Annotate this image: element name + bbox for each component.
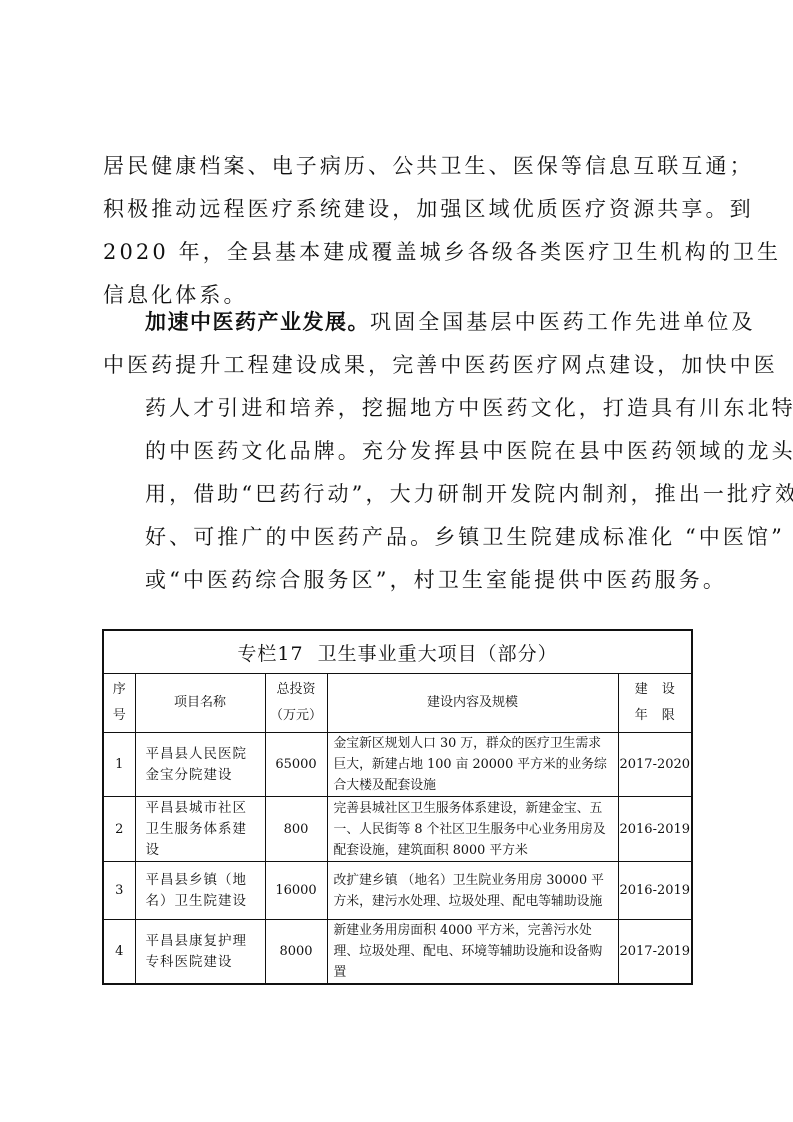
major-projects-table: 专栏17卫生事业重大项目（部分） 序 号 项目名称 总投资 （万元） 建设内容及…: [102, 629, 693, 985]
row-period: 2017-2019: [618, 920, 692, 985]
row-period: 2016-2019: [618, 862, 692, 920]
table-header-row: 序 号 项目名称 总投资 （万元） 建设内容及规模 建设 年限: [103, 674, 692, 733]
paragraph-heading: 加速中医药产业发展。: [145, 310, 370, 334]
row-investment: 16000: [265, 862, 327, 920]
row-index: 4: [103, 920, 135, 985]
row-project-name: 平昌县人民医院金宝分院建设: [135, 733, 265, 797]
text-line: 或“中医药综合服务区”，村卫生室能提供中医药服务。: [103, 559, 693, 602]
row-index: 2: [103, 797, 135, 862]
row-project-name: 平昌县乡镇（地名）卫生院建设: [135, 862, 265, 920]
header-period-line1: 建设: [633, 677, 692, 703]
row-content: 改扩建乡镇 （地名）卫生院业务用房 30000 平方米，建污水处理、垃圾处理、配…: [327, 862, 618, 920]
row-content: 新建业务用房面积 4000 平方米，完善污水处理、垃圾处理、配电、环境等辅助设施…: [327, 920, 618, 985]
table-row: 2 平昌县城市社区卫生服务体系建设 800 完善县城社区卫生服务体系建设，新建金…: [103, 797, 692, 862]
text-line-first: 加速中医药产业发展。巩固全国基层中医药工作先进单位及: [103, 301, 693, 344]
text-line: 积极推动远程医疗系统建设，加强区域优质医疗资源共享。到: [103, 188, 693, 231]
table-title-prefix: 专栏: [237, 643, 277, 665]
paragraph-health-informatization: 居民健康档案、电子病历、公共卫生、医保等信息互联互通； 积极推动远程医疗系统建设…: [103, 145, 693, 317]
text-line: 2020 年，全县基本建成覆盖城乡各级各类医疗卫生机构的卫生: [103, 231, 693, 274]
row-period: 2017-2020: [618, 733, 692, 797]
header-index-line1: 序: [104, 677, 135, 703]
row-investment: 8000: [265, 920, 327, 985]
text-line: 居民健康档案、电子病历、公共卫生、医保等信息互联互通；: [103, 145, 693, 188]
text-line: 好、可推广的中医药产品。乡镇卫生院建成标准化 “中医馆”: [103, 516, 693, 559]
text-segment: 巩固全国基层中医药工作先进单位及: [370, 310, 756, 334]
table-title-text: 卫生事业重大项目（部分）: [318, 643, 558, 665]
table-title-number: 17: [277, 643, 303, 665]
row-project-name: 平昌县康复护理专科医院建设: [135, 920, 265, 985]
header-period: 建设 年限: [618, 674, 692, 733]
header-content: 建设内容及规模: [327, 674, 618, 733]
row-project-name: 平昌县城市社区卫生服务体系建设: [135, 797, 265, 862]
table-title: 专栏17卫生事业重大项目（部分）: [103, 630, 692, 674]
header-investment: 总投资 （万元）: [265, 674, 327, 733]
row-investment: 800: [265, 797, 327, 862]
text-line: 用，借助“巴药行动”，大力研制开发院内制剂，推出一批疗效: [103, 473, 693, 516]
row-content: 完善县城社区卫生服务体系建设，新建金宝、五一、人民街等 8 个社区卫生服务中心业…: [327, 797, 618, 862]
row-index: 3: [103, 862, 135, 920]
row-index: 1: [103, 733, 135, 797]
row-investment: 65000: [265, 733, 327, 797]
header-investment-line2: （万元）: [266, 703, 327, 729]
text-line: 的中医药文化品牌。充分发挥县中医院在县中医药领域的龙头作: [103, 430, 693, 473]
header-index-line2: 号: [104, 703, 135, 729]
table-row: 1 平昌县人民医院金宝分院建设 65000 金宝新区规划人口 30 万，群众的医…: [103, 733, 692, 797]
text-line: 药人才引进和培养，挖掘地方中医药文化，打造具有川东北特色: [103, 387, 693, 430]
header-name: 项目名称: [135, 674, 265, 733]
header-investment-line1: 总投资: [266, 677, 327, 703]
table-row: 4 平昌县康复护理专科医院建设 8000 新建业务用房面积 4000 平方米，完…: [103, 920, 692, 985]
header-period-line2: 年限: [633, 703, 692, 729]
table-row: 3 平昌县乡镇（地名）卫生院建设 16000 改扩建乡镇 （地名）卫生院业务用房…: [103, 862, 692, 920]
header-index: 序 号: [103, 674, 135, 733]
row-content: 金宝新区规划人口 30 万，群众的医疗卫生需求巨大，新建占地 100 亩 200…: [327, 733, 618, 797]
paragraph-tcm-development: 加速中医药产业发展。巩固全国基层中医药工作先进单位及 中医药提升工程建设成果，完…: [103, 301, 693, 602]
row-period: 2016-2019: [618, 797, 692, 862]
text-line: 中医药提升工程建设成果，完善中医药医疗网点建设，加快中医: [103, 344, 693, 387]
